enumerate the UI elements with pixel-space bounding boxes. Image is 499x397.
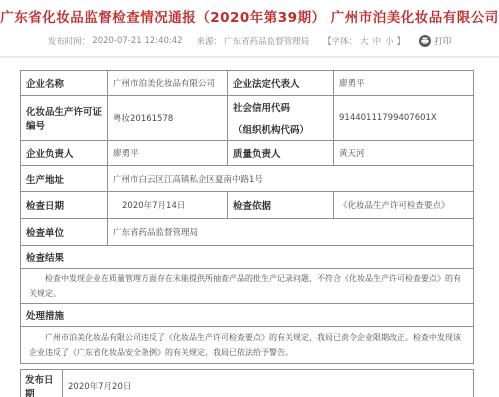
credit-code-label-line2: （组织机构代码） bbox=[233, 122, 328, 136]
table-row: 检查日期 2020年7月14日 检查依据 《化妆品生产许可检查要点》 bbox=[21, 192, 474, 219]
publish-time: 发布时间： 2020-07-21 12:40:42 bbox=[48, 35, 183, 47]
company-name-value: 广州市泊美化妆品有限公司 bbox=[108, 71, 228, 96]
address-label: 生产地址 bbox=[21, 166, 108, 192]
font-size-widget: 【字体： 大 中 小 】 bbox=[323, 35, 405, 47]
table-row: 广州市泊美化妆品有限公司违反了《化妆品生产许可检查要点》的有关规定，我局已责令企… bbox=[21, 327, 474, 364]
publish-date-value: 2020年7月20日 bbox=[63, 370, 474, 397]
manager-label: 企业负责人 bbox=[21, 141, 108, 166]
table-row: 处理措施 bbox=[21, 304, 474, 327]
legal-rep-value: 廖勇平 bbox=[334, 71, 474, 96]
quality-value: 黄天河 bbox=[334, 141, 474, 166]
credit-code-value: 91440111799407601X bbox=[334, 96, 474, 141]
measures-text: 广州市泊美化妆品有限公司违反了《化妆品生产许可检查要点》的有关规定，我局已责令企… bbox=[29, 330, 465, 360]
table-row: 发布日期 2020年7月20日 bbox=[21, 370, 474, 397]
source: 来源： 广东省药品监督管理局 bbox=[197, 35, 310, 47]
font-size-large-button[interactable]: 大 bbox=[359, 35, 370, 47]
publish-date-table: 发布日期 2020年7月20日 bbox=[20, 369, 474, 397]
print-button[interactable]: 打印 bbox=[419, 35, 451, 47]
publish-time-label: 发布时间： bbox=[48, 35, 91, 47]
inspect-date-value: 2020年7月14日 bbox=[108, 192, 228, 219]
company-name-label: 企业名称 bbox=[21, 71, 108, 96]
font-widget-prefix: 【字体： bbox=[323, 35, 357, 47]
font-size-small-button[interactable]: 小 bbox=[384, 35, 395, 47]
font-widget-suffix: 】 bbox=[397, 35, 406, 47]
measures-section-label: 处理措施 bbox=[21, 304, 474, 327]
source-label: 来源： bbox=[197, 35, 223, 47]
table-row: 检查结果 bbox=[21, 246, 474, 269]
license-label: 化妆品生产许可证编号 bbox=[21, 96, 108, 141]
result-section-label: 检查结果 bbox=[21, 246, 474, 269]
inspect-unit-value: 广东省药品监督管理局 bbox=[108, 219, 474, 246]
legal-rep-label: 企业法定代表人 bbox=[228, 71, 334, 96]
inspection-notice-table: 企业名称 广州市泊美化妆品有限公司 企业法定代表人 廖勇平 化妆品生产许可证编号… bbox=[20, 70, 474, 364]
publish-time-value: 2020-07-21 12:40:42 bbox=[92, 36, 182, 46]
table-row: 检查单位 广东省药品监督管理局 bbox=[21, 219, 474, 246]
measures-text-cell: 广州市泊美化妆品有限公司违反了《化妆品生产许可检查要点》的有关规定，我局已责令企… bbox=[21, 327, 474, 364]
address-value: 广州市白云区江高镇私企区夏南中路1号 bbox=[108, 166, 474, 192]
manager-value: 廖勇平 bbox=[108, 141, 228, 166]
inspect-basis-label: 检查依据 bbox=[228, 192, 334, 219]
result-text: 检查中发现企业在质量管理方面存在未能提供所抽查产品的批生产记录问题，不符合《化妆… bbox=[29, 271, 465, 301]
page-title: 广东省化妆品监督检查情况通报（2020年第39期） 广州市泊美化妆品有限公司 bbox=[0, 0, 499, 26]
quality-label: 质量负责人 bbox=[228, 141, 334, 166]
font-size-medium-button[interactable]: 中 bbox=[372, 35, 383, 47]
table-row: 化妆品生产许可证编号 粤妆20161578 社会信用代码 （组织机构代码） 91… bbox=[21, 96, 474, 141]
printer-icon bbox=[419, 35, 431, 47]
inspect-unit-label: 检查单位 bbox=[21, 219, 108, 246]
publish-date-label: 发布日期 bbox=[21, 370, 63, 397]
table-row: 企业名称 广州市泊美化妆品有限公司 企业法定代表人 廖勇平 bbox=[21, 71, 474, 96]
print-label: 打印 bbox=[434, 35, 451, 47]
license-value: 粤妆20161578 bbox=[108, 96, 228, 141]
inspect-date-label: 检查日期 bbox=[21, 192, 108, 219]
inspect-basis-value: 《化妆品生产许可检查要点》 bbox=[334, 192, 474, 219]
result-text-cell: 检查中发现企业在质量管理方面存在未能提供所抽查产品的批生产记录问题，不符合《化妆… bbox=[21, 269, 474, 304]
table-row: 生产地址 广州市白云区江高镇私企区夏南中路1号 bbox=[21, 166, 474, 192]
article-meta: 发布时间： 2020-07-21 12:40:42 来源： 广东省药品监督管理局… bbox=[0, 35, 499, 47]
header-divider bbox=[0, 56, 499, 58]
source-value: 广东省药品监督管理局 bbox=[224, 35, 309, 47]
table-row: 检查中发现企业在质量管理方面存在未能提供所抽查产品的批生产记录问题，不符合《化妆… bbox=[21, 269, 474, 304]
table-row: 企业负责人 廖勇平 质量负责人 黄天河 bbox=[21, 141, 474, 166]
credit-code-label-line1: 社会信用代码 bbox=[233, 100, 328, 114]
credit-code-label: 社会信用代码 （组织机构代码） bbox=[228, 96, 334, 141]
